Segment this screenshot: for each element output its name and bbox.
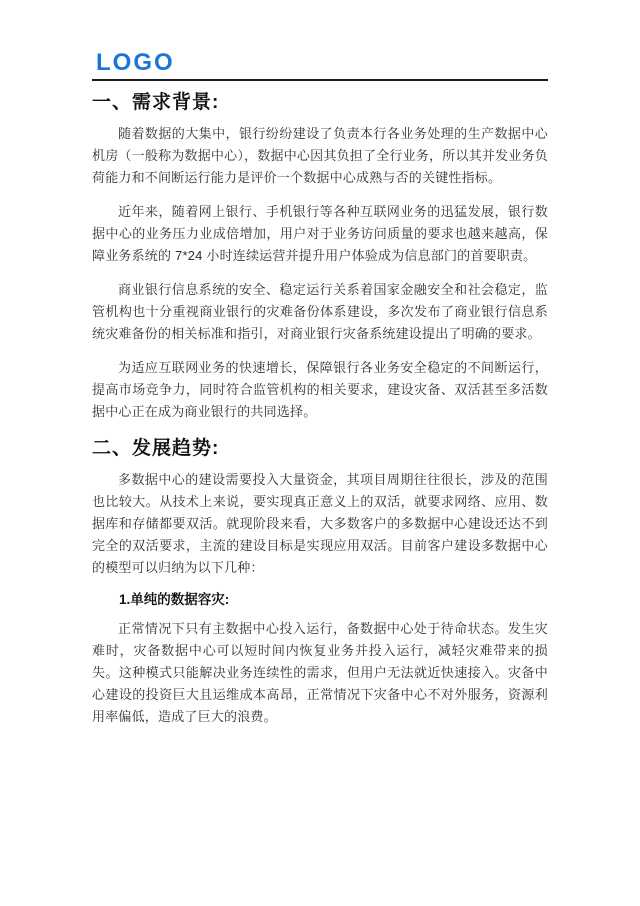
paragraph: 正常情况下只有主数据中心投入运行，备数据中心处于待命状态。发生灾难时，灾备数据中… [92,618,548,728]
paragraph: 商业银行信息系统的安全、稳定运行关系着国家金融安全和社会稳定，监管机构也十分重视… [92,279,548,345]
paragraph: 近年来，随着网上银行、手机银行等各种互联网业务的迅猛发展，银行数据中心的业务压力… [92,201,548,267]
section-heading-trends: 二、发展趋势: [92,436,548,462]
paragraph: 为适应互联网业务的快速增长，保障银行各业务安全稳定的不间断运行，提高市场竞争力，… [92,357,548,423]
subsection-heading-data-disaster-recovery: 1.单纯的数据容灾: [92,591,548,609]
section-heading-requirements: 一、需求背景: [92,90,548,116]
paragraph: 随着数据的大集中，银行纷纷建设了负责本行各业务处理的生产数据中心机房（一般称为数… [92,123,548,189]
document-page: LOGO 一、需求背景: 随着数据的大集中，银行纷纷建设了负责本行各业务处理的生… [0,0,640,906]
header-divider [92,79,548,81]
logo: LOGO [92,50,175,76]
paragraph: 多数据中心的建设需要投入大量资金，其项目周期往往很长，涉及的范围也比较大。从技术… [92,469,548,579]
